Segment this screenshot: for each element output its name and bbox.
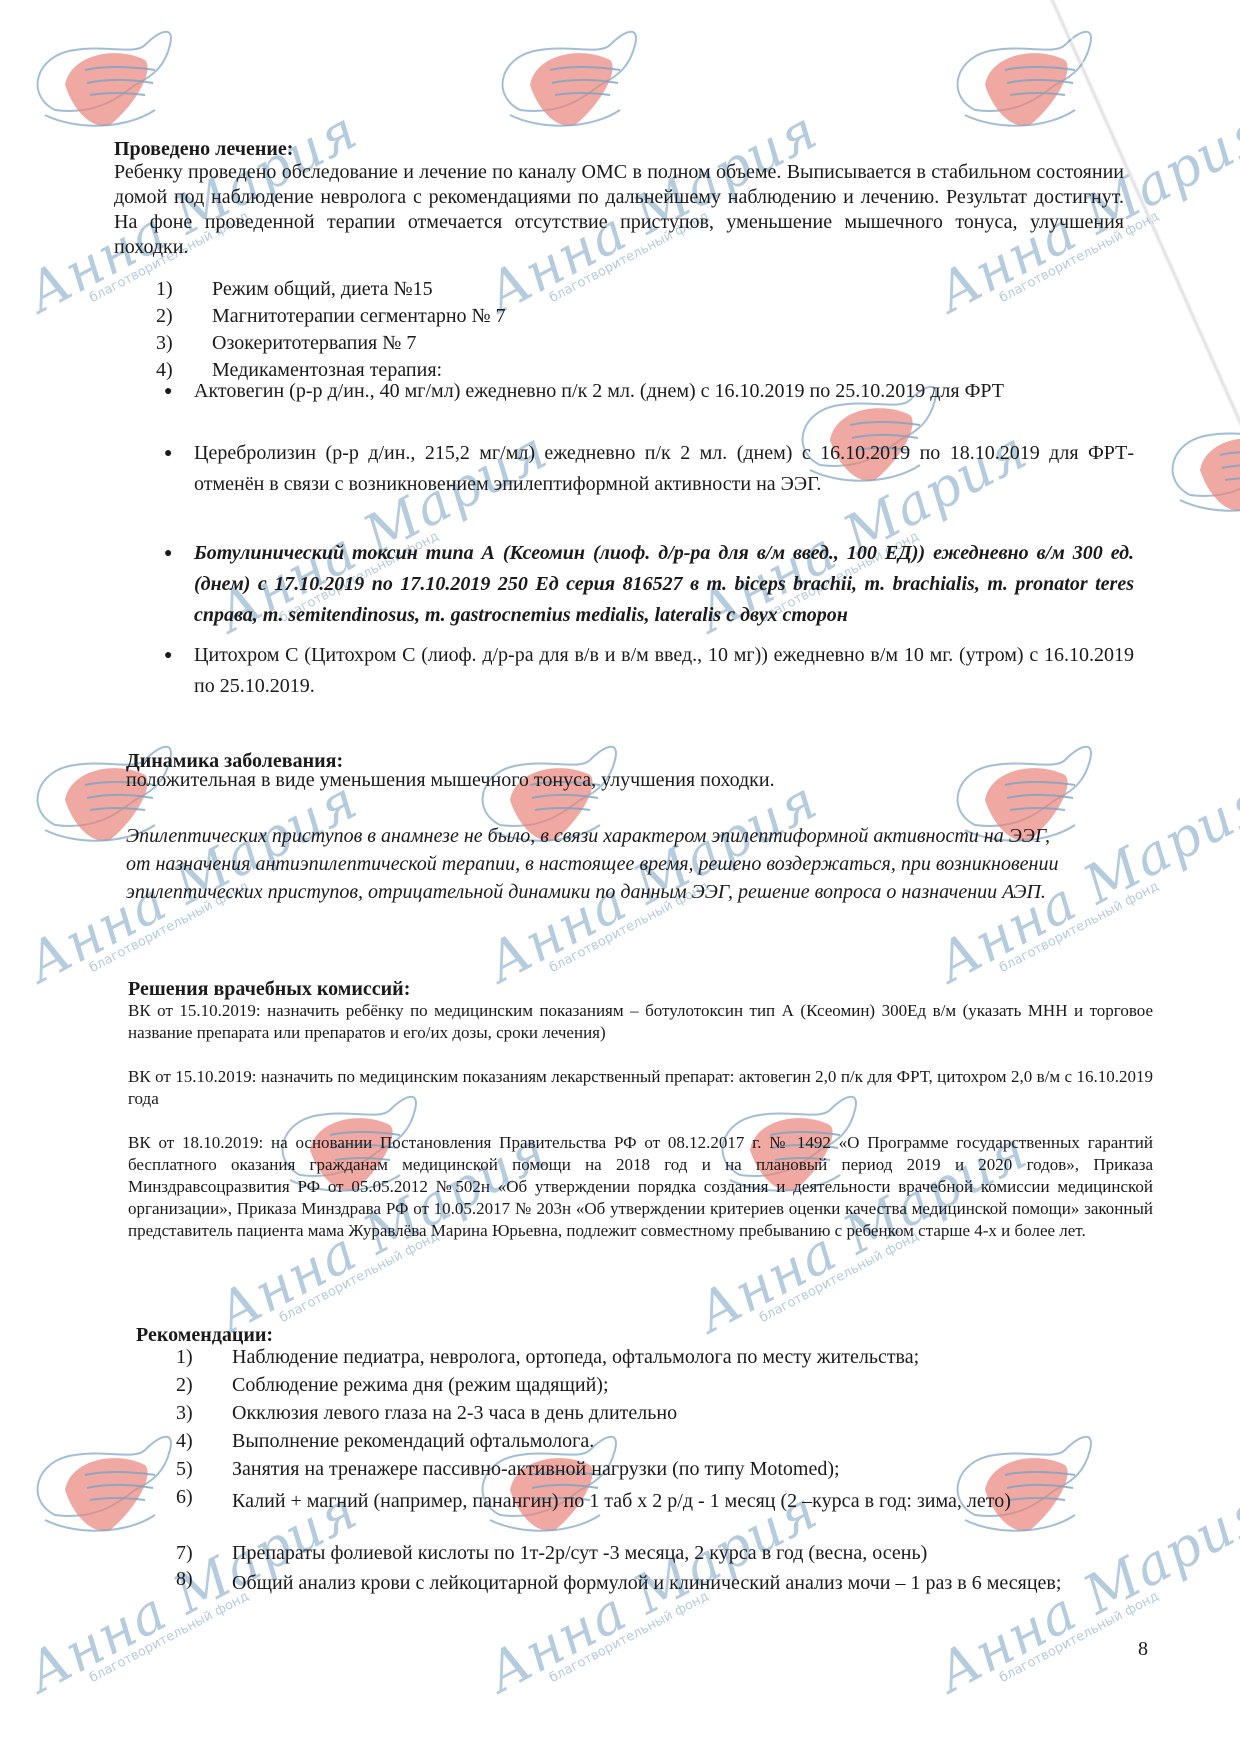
drug-item: ●Цитохром С (Цитохром С (лиоф. д/р-ра дл… <box>194 640 1134 702</box>
dynamics-note: Эпилептических приступов в анамнезе не б… <box>126 822 1061 906</box>
commission-entry: ВК от 18.10.2019: на основании Постановл… <box>128 1132 1153 1242</box>
watermark-logo-icon <box>1150 400 1240 530</box>
watermark-logo-icon <box>480 15 650 145</box>
bullet-icon: ● <box>164 376 172 407</box>
watermark-logo-icon <box>935 1420 1105 1550</box>
dynamics-text: положительная в виде уменьшения мышечног… <box>126 768 1026 793</box>
treatment-intro: Ребенку проведено обследование и лечение… <box>114 160 1124 260</box>
page-number: 8 <box>1138 1638 1148 1661</box>
drug-item-botulinum: ●Ботулинический токсин типа А (Ксеомин (… <box>194 538 1134 631</box>
bullet-icon: ● <box>164 640 172 671</box>
watermark-logo-icon <box>15 15 185 145</box>
bullet-icon: ● <box>164 538 172 569</box>
watermark-logo-icon <box>15 1420 185 1550</box>
drug-item: ●Церебролизин (р-р д/ин., 215,2 мг/мл) е… <box>194 438 1134 500</box>
commission-entry: ВК от 15.10.2019: назначить ребёнку по м… <box>128 1000 1153 1044</box>
drug-item: ●Актовегин (р-р д/ин., 40 мг/мл) ежеднев… <box>194 376 1134 407</box>
watermark-logo-icon <box>935 15 1105 145</box>
treatment-heading: Проведено лечение: <box>114 138 293 161</box>
bullet-icon: ● <box>164 438 172 469</box>
document-page: Анна Марияблаготворительный фондАнна Мар… <box>0 0 1240 1754</box>
commission-entry: ВК от 15.10.2019: назначить по медицинск… <box>128 1066 1153 1110</box>
recommendations-heading: Рекомендации: <box>136 1324 273 1347</box>
commissions-heading: Решения врачебных комиссий: <box>128 978 410 1001</box>
